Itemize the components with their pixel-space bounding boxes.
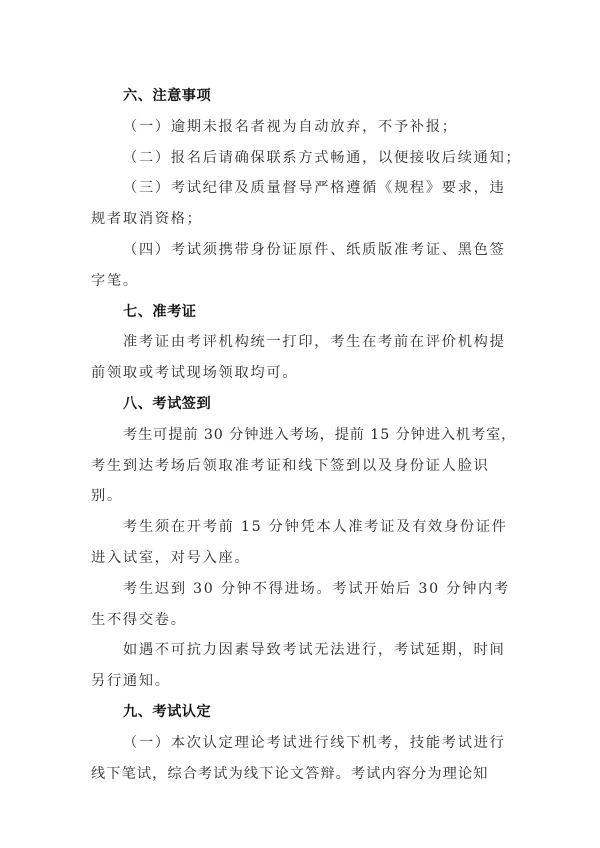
document-page: 六、注意事项 （一）逾期未报名者视为自动放弃，不予补报； （二）报名后请确保联系… <box>91 81 511 789</box>
paragraph-line: 考生须在开考前 15 分钟凭本人准考证及有效身份证件 <box>91 512 511 543</box>
paragraph-line: （四）考试须携带身份证原件、纸质版准考证、黑色签 <box>91 235 511 266</box>
paragraph-line: 考生迟到 30 分钟不得进场。考试开始后 30 分钟内考 <box>91 574 511 605</box>
paragraph-line: 准考证由考评机构统一打印，考生在考前在评价机构提 <box>91 327 511 358</box>
paragraph-line: 另行通知。 <box>91 666 511 697</box>
paragraph-line: 进入试室，对号入座。 <box>91 543 511 574</box>
paragraph-line: 生不得交卷。 <box>91 605 511 636</box>
paragraph-line: 别。 <box>91 481 511 512</box>
section-heading-admission-ticket: 七、准考证 <box>91 297 511 328</box>
paragraph-line: （一）逾期未报名者视为自动放弃，不予补报； <box>91 112 511 143</box>
paragraph-line: 前领取或考试现场领取均可。 <box>91 358 511 389</box>
paragraph-line: 考生到达考场后领取准考证和线下签到以及身份证人脸识 <box>91 451 511 482</box>
paragraph-line: 考生可提前 30 分钟进入考场，提前 15 分钟进入机考室， <box>91 420 511 451</box>
section-heading-notes: 六、注意事项 <box>91 81 511 112</box>
paragraph-line: （二）报名后请确保联系方式畅通，以便接收后续通知； <box>91 143 511 174</box>
paragraph-line: 字笔。 <box>91 266 511 297</box>
paragraph-line: （三）考试纪律及质量督导严格遵循《规程》要求，违 <box>91 173 511 204</box>
paragraph-line: 如遇不可抗力因素导致考试无法进行，考试延期，时间 <box>91 635 511 666</box>
section-heading-check-in: 八、考试签到 <box>91 389 511 420</box>
section-heading-exam-certification: 九、考试认定 <box>91 697 511 728</box>
paragraph-line: （一）本次认定理论考试进行线下机考，技能考试进行 <box>91 728 511 759</box>
paragraph-line: 线下笔试，综合考试为线下论文答辩。考试内容分为理论知 <box>91 759 511 790</box>
paragraph-line: 规者取消资格； <box>91 204 511 235</box>
